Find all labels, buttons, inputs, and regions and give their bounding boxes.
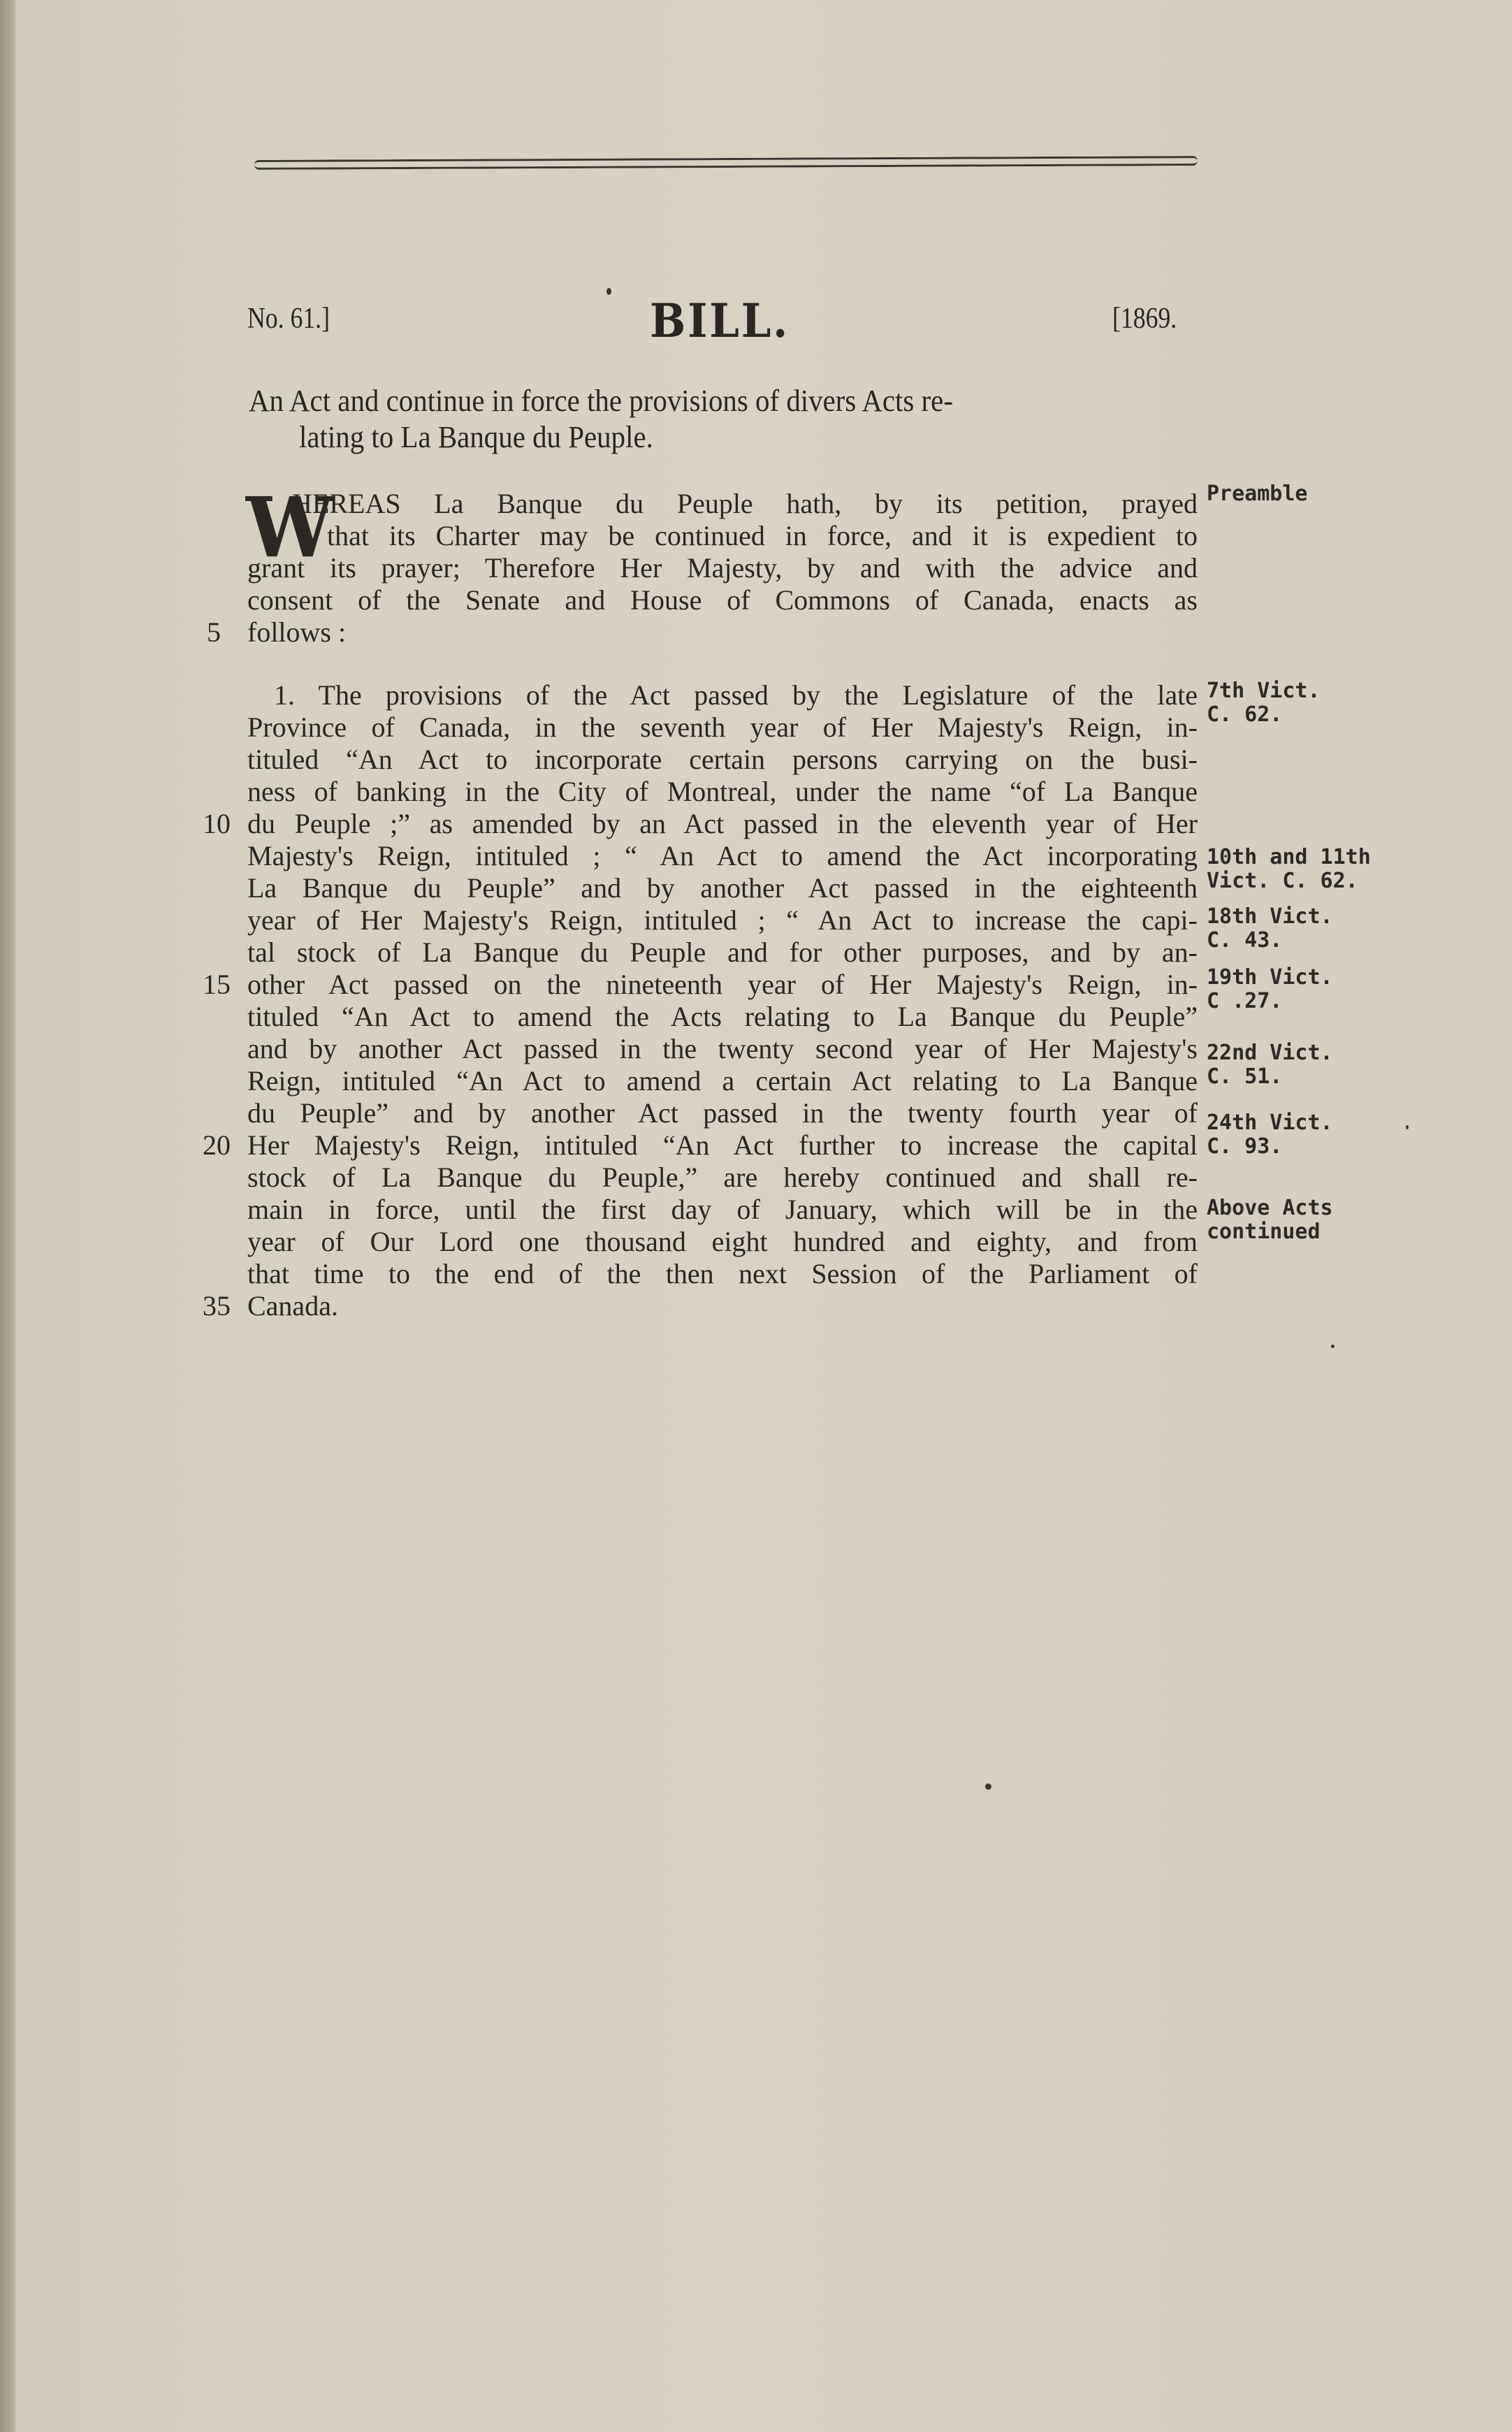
margin-note-line: 22nd Vict. — [1207, 1041, 1333, 1065]
margin-note-line: continued — [1207, 1220, 1333, 1244]
margin-note-line: Vict. C. 62. — [1207, 869, 1371, 893]
act-title-line-1: An Act and continue in force the provisi… — [249, 383, 953, 419]
preamble-line: that its Charter may be continued in for… — [327, 520, 1198, 552]
paper-speck — [985, 1783, 991, 1790]
section-line: Her Majesty's Reign, intituled “An Act f… — [247, 1129, 1198, 1161]
section-line: stock of La Banque du Peuple,” are hereb… — [247, 1161, 1198, 1194]
page-spine-edge — [0, 0, 15, 2432]
margin-note-citation: 10th and 11th Vict. C. 62. — [1207, 846, 1371, 893]
section-line: tal stock of La Banque du Peuple and for… — [247, 936, 1198, 969]
section-line: Majesty's Reign, intituled ; “ An Act to… — [247, 840, 1198, 872]
margin-note-citation: 19th Vict. C .27. — [1207, 966, 1333, 1013]
section-line: main in force, until the first day of Ja… — [247, 1194, 1198, 1226]
line-number: 35 — [203, 1290, 231, 1322]
section-line: Reign, intituled “An Act to amend a cert… — [247, 1065, 1198, 1097]
section-line: Province of Canada, in the seventh year … — [247, 711, 1198, 744]
paper-speck — [606, 288, 611, 295]
paper-speck — [1331, 1345, 1335, 1348]
section-line: du Peuple” and by another Act passed in … — [247, 1097, 1198, 1129]
section-line: year of Our Lord one thousand eight hund… — [247, 1226, 1198, 1258]
bill-heading: BILL. — [650, 294, 790, 348]
section-line: tituled “An Act to amend the Acts relati… — [247, 1001, 1198, 1033]
margin-note-citation: 7th Vict. C. 62. — [1207, 679, 1321, 727]
margin-note-line: 7th Vict. — [1207, 679, 1321, 703]
line-number: 15 — [203, 969, 231, 1001]
margin-note-line: C .27. — [1207, 990, 1333, 1013]
section-line: and by another Act passed in the twenty … — [247, 1033, 1198, 1065]
margin-note-line: 18th Vict. — [1207, 905, 1333, 929]
margin-note-line: 24th Vict. — [1207, 1111, 1333, 1135]
margin-note-citation: 22nd Vict. C. 51. — [1207, 1041, 1333, 1089]
preamble-line: grant its prayer; Therefore Her Majesty,… — [247, 552, 1198, 584]
margin-note-citation: 24th Vict. C. 93. — [1207, 1111, 1333, 1159]
section-line: ness of banking in the City of Montreal,… — [247, 776, 1198, 808]
margin-note-line: C. 43. — [1207, 929, 1333, 953]
bill-number: No. 61.] — [247, 302, 330, 335]
section-line: Canada. — [247, 1290, 1198, 1322]
preamble-line: follows : — [247, 616, 1198, 649]
margin-note-preamble: Preamble — [1207, 482, 1308, 506]
section-line: year of Her Majesty's Reign, intituled ;… — [247, 904, 1198, 936]
act-title-line-2: lating to La Banque du Peuple. — [299, 419, 653, 455]
margin-note-citation: Above Acts continued — [1207, 1196, 1333, 1244]
section-line: other Act passed on the nineteenth year … — [247, 969, 1198, 1001]
margin-note-line: Above Acts — [1207, 1196, 1333, 1220]
section-line: 1. The provisions of the Act passed by t… — [274, 679, 1198, 711]
section-line: La Banque du Peuple” and by another Act … — [247, 872, 1198, 904]
margin-note-citation: 18th Vict. C. 43. — [1207, 905, 1333, 953]
margin-note-line: C. 62. — [1207, 703, 1321, 727]
line-number: 5 — [207, 616, 221, 649]
section-line: that time to the end of the then next Se… — [247, 1258, 1198, 1290]
margin-note-line: 19th Vict. — [1207, 966, 1333, 990]
margin-note-line: 10th and 11th — [1207, 846, 1371, 869]
paper-speck — [1406, 1125, 1409, 1129]
bill-year: [1869. — [1112, 302, 1177, 335]
preamble-line: consent of the Senate and House of Commo… — [247, 584, 1198, 616]
margin-note-line: C. 93. — [1207, 1135, 1333, 1159]
section-line: tituled “An Act to incorporate certain p… — [247, 744, 1198, 776]
preamble-line: HEREAS La Banque du Peuple hath, by its … — [292, 488, 1198, 520]
margin-note-line: C. 51. — [1207, 1065, 1333, 1089]
line-number: 10 — [203, 808, 231, 840]
section-line: du Peuple ;” as amended by an Act passed… — [247, 808, 1198, 840]
line-number: 20 — [203, 1129, 231, 1161]
